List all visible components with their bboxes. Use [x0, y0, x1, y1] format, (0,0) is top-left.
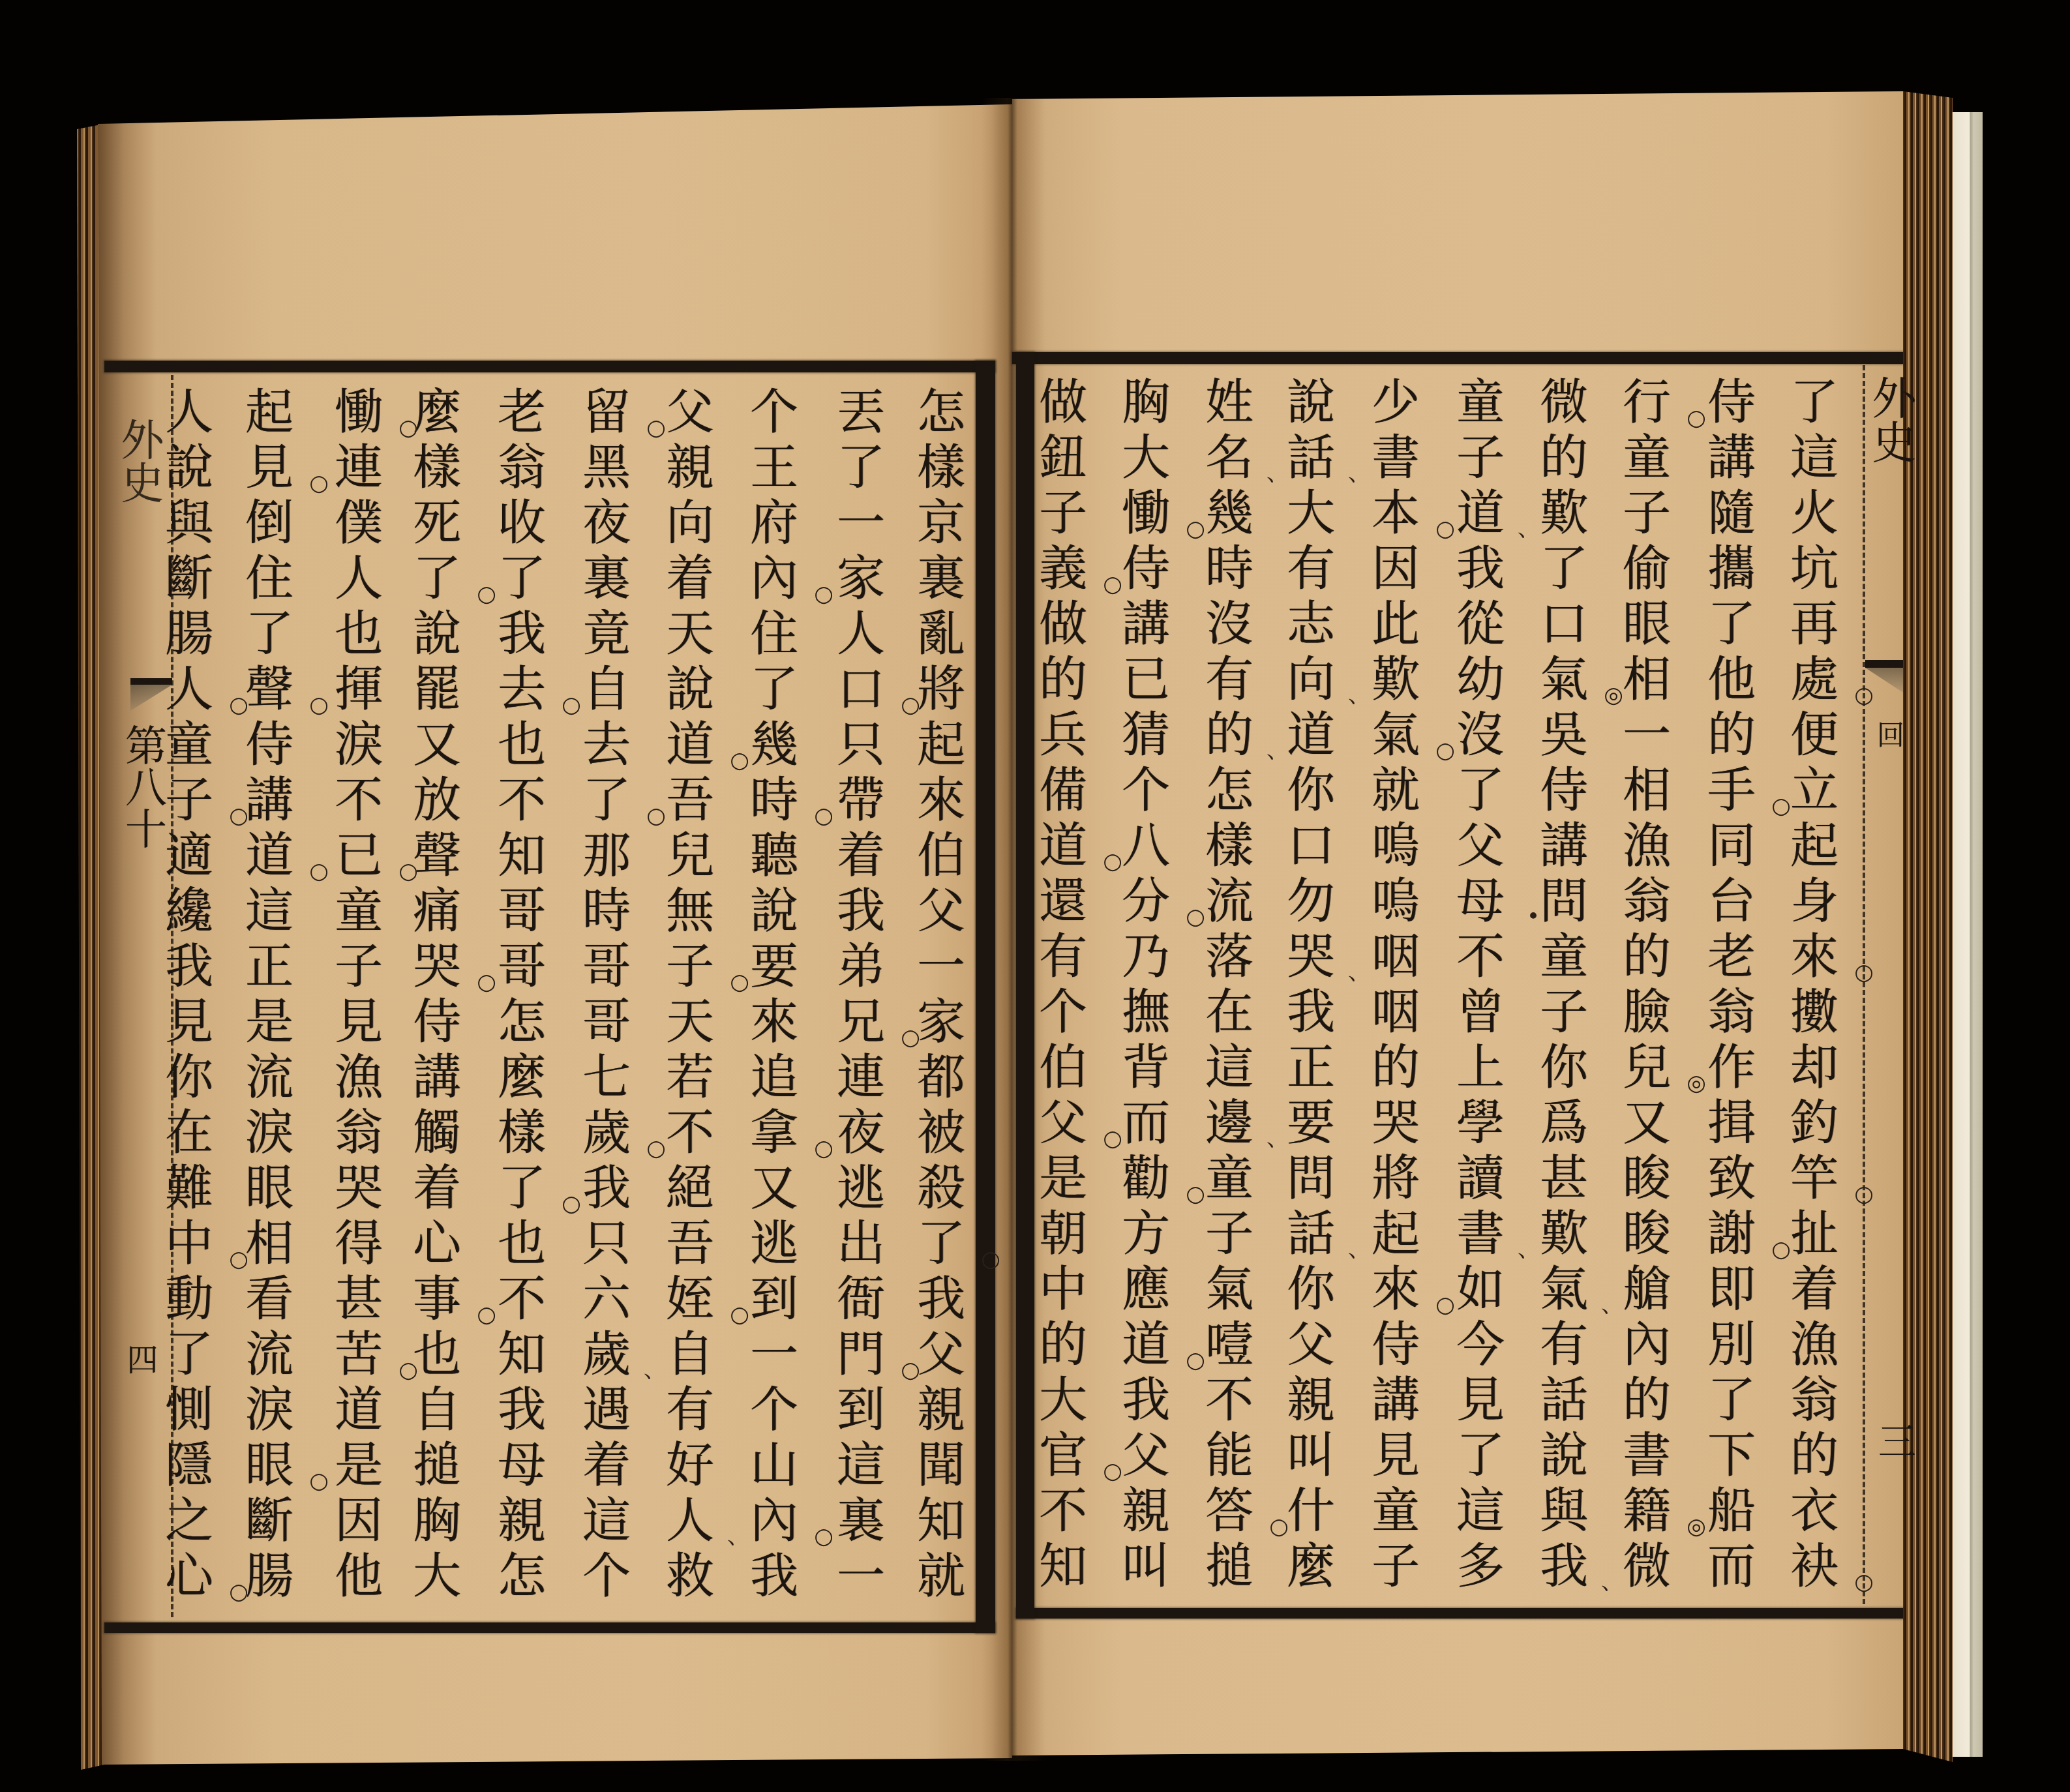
- text-character: 我: [486, 606, 558, 662]
- text-character: 你: [1275, 1262, 1347, 1317]
- text-character: 說: [153, 440, 225, 496]
- text-character: 子: [1027, 486, 1099, 541]
- text-character: 侍: [1528, 763, 1600, 818]
- text-character: 見○: [233, 440, 305, 496]
- text-character: 哭: [1360, 1096, 1432, 1151]
- text-character: 又: [738, 1161, 810, 1216]
- text-character: 翁: [1696, 985, 1767, 1040]
- text-character: 邊、: [1193, 1096, 1265, 1151]
- text-character: 有: [1275, 541, 1347, 597]
- text-character: 袂○: [1778, 1539, 1850, 1594]
- text-character: 鈕: [1027, 430, 1099, 486]
- text-character: 與: [1528, 1484, 1600, 1539]
- open-book-scan: 外史 第八十 四 外史 回 三 了這火坑再處○便立起身來○擻却釣竿○扯着漁翁的衣…: [0, 0, 2070, 1792]
- text-character: 這: [571, 1493, 642, 1549]
- text-character: 處○: [1778, 652, 1850, 708]
- punctuation-mark: ○: [1854, 684, 1874, 706]
- punctuation-mark: ○: [1269, 1516, 1289, 1538]
- text-character: 歲○: [571, 1105, 642, 1161]
- text-character: 讀: [1445, 1151, 1516, 1206]
- text-character: 遇: [571, 1382, 642, 1438]
- text-character: 的: [1027, 1317, 1099, 1373]
- text-character: 我: [486, 1382, 558, 1438]
- text-character: 來○: [1360, 1262, 1432, 1317]
- text-character: 也: [486, 1216, 558, 1272]
- text-character: 作: [1696, 1040, 1767, 1096]
- text-character: 釣: [1778, 1096, 1850, 1151]
- text-character: 說: [654, 662, 726, 717]
- text-character: 怎: [486, 1549, 558, 1604]
- text-character: 姪○: [654, 1272, 726, 1327]
- text-character: 自: [401, 1382, 473, 1438]
- punctuation-mark: ○: [229, 1581, 248, 1603]
- text-character: 个: [738, 385, 810, 440]
- text-character: 惻: [153, 1382, 225, 1438]
- text-character: 內: [1611, 1317, 1683, 1373]
- text-character: 我: [571, 1161, 642, 1216]
- text-character: 姓: [1193, 375, 1265, 430]
- punctuation-mark: ○: [562, 694, 581, 716]
- text-character: 講: [1528, 818, 1600, 874]
- text-character: 的、: [1193, 708, 1265, 763]
- text-character: 翁: [486, 440, 558, 496]
- text-character: 之: [153, 1493, 225, 1549]
- text-character: 丟: [825, 385, 897, 440]
- punctuation-mark: 、: [1348, 462, 1370, 485]
- text-character: 親: [654, 440, 726, 496]
- text-character: 住: [738, 606, 810, 662]
- text-character: 樣: [905, 440, 977, 496]
- text-character: 見: [153, 994, 225, 1050]
- text-character: 了: [738, 662, 810, 717]
- punctuation-mark: 、: [727, 1525, 749, 1547]
- text-character: 揮: [323, 662, 395, 717]
- text-character: 大: [1275, 486, 1347, 541]
- text-character: 胸: [401, 1493, 473, 1549]
- punctuation-mark: ○: [1103, 1460, 1122, 1482]
- text-character: 是: [233, 994, 305, 1050]
- text-character: 一: [738, 1327, 810, 1382]
- text-character: 只: [825, 717, 897, 773]
- punctuation-mark: ○: [1435, 1294, 1455, 1316]
- text-character: 道○: [1110, 1317, 1182, 1373]
- left-text-column-6: 老翁收了我去○也不知哥哥怎麼樣了○也不知我母親怎: [486, 385, 558, 1604]
- punctuation-mark: 、: [1518, 1238, 1540, 1261]
- text-character: 行○: [1611, 375, 1683, 430]
- text-character: 這: [825, 1438, 897, 1493]
- text-character: 臉: [1611, 985, 1683, 1040]
- text-character: 氣◎: [1528, 652, 1600, 708]
- text-character: 天: [654, 994, 726, 1050]
- punctuation-mark: ○: [814, 805, 833, 827]
- text-character: 收: [486, 496, 558, 551]
- text-character: 了: [1445, 1428, 1516, 1484]
- text-character: 哭、: [1275, 929, 1347, 985]
- right-text-column-1: 了這火坑再處○便立起身來○擻却釣竿○扯着漁翁的衣袂○: [1778, 375, 1850, 1594]
- punctuation-mark: ○: [646, 1137, 666, 1159]
- text-character: 見: [1445, 1373, 1516, 1428]
- text-character: 向、: [1275, 652, 1347, 708]
- text-character: 起: [233, 385, 305, 440]
- punctuation-mark: ○: [1186, 906, 1205, 928]
- text-character: 竟: [571, 606, 642, 662]
- text-character: 留○: [571, 385, 642, 440]
- text-character: 口: [1528, 597, 1600, 652]
- text-character: 那: [571, 828, 642, 884]
- text-character: 這: [233, 884, 305, 939]
- text-character: 裏: [905, 551, 977, 606]
- text-character: 裏: [825, 1493, 897, 1549]
- punctuation-mark: 、: [1267, 1127, 1289, 1150]
- text-character: 的: [1696, 708, 1767, 763]
- punctuation-mark: 、: [644, 1359, 666, 1381]
- text-character: 咽: [1360, 929, 1432, 985]
- text-character: 子: [1360, 1539, 1432, 1594]
- left-frame-bottom-border: [104, 1622, 995, 1633]
- text-character: 而: [1696, 1539, 1767, 1594]
- text-character: 道、: [1445, 486, 1516, 541]
- text-character: 聽: [738, 828, 810, 884]
- punctuation-mark: ○: [1103, 850, 1122, 873]
- text-character: 他: [323, 1549, 395, 1604]
- text-character: 母: [486, 1438, 558, 1493]
- text-character: 人○: [153, 662, 225, 717]
- text-character: 方: [1110, 1206, 1182, 1262]
- text-character: 絕: [654, 1161, 726, 1216]
- text-character: 搥: [1193, 1539, 1265, 1594]
- text-character: 便: [1778, 708, 1850, 763]
- text-character: 子○: [153, 773, 225, 828]
- text-character: 來: [905, 773, 977, 828]
- text-character: 胸: [1110, 375, 1182, 430]
- text-character: 殺: [905, 1161, 977, 1216]
- text-character: 口: [1275, 818, 1347, 874]
- text-character: 背: [1110, 1040, 1182, 1096]
- text-character: 了: [153, 1327, 225, 1382]
- text-character: 觸: [401, 1105, 473, 1161]
- text-character: 因: [323, 1493, 395, 1549]
- punctuation-mark: ○: [309, 472, 329, 494]
- text-character: 只: [571, 1216, 642, 1272]
- text-character: 內○: [738, 551, 810, 606]
- punctuation-mark: ○: [309, 694, 329, 716]
- right-text-column-4: 微的歎了口氣◎吳侍講問童子你爲甚歎氣、有話說與我、: [1528, 375, 1600, 1594]
- text-character: 甚: [1528, 1151, 1600, 1206]
- text-character: 說: [738, 884, 810, 939]
- text-character: 苦○: [323, 1327, 395, 1382]
- text-character: 別: [1696, 1317, 1767, 1373]
- text-character: 動: [153, 1272, 225, 1327]
- text-character: 去○: [486, 662, 558, 717]
- punctuation-mark: ○: [309, 1470, 329, 1492]
- text-character: 子: [323, 939, 395, 994]
- text-character: 了: [825, 440, 897, 496]
- text-character: 時○: [738, 773, 810, 828]
- text-character: 知: [905, 1493, 977, 1549]
- text-character: 翁: [1778, 1373, 1850, 1428]
- left-frame-top-border: [104, 361, 995, 372]
- text-character: 都: [905, 1050, 977, 1105]
- text-character: 聞: [905, 1438, 977, 1493]
- text-character: 夜: [825, 1105, 897, 1161]
- punctuation-mark: ○: [1103, 573, 1122, 595]
- text-character: 哥: [571, 994, 642, 1050]
- text-character: 話、: [1275, 1206, 1347, 1262]
- text-character: 着: [654, 551, 726, 606]
- text-character: 个: [738, 1382, 810, 1438]
- text-character: 你: [1275, 763, 1347, 818]
- text-character: 與: [153, 496, 225, 551]
- text-character: 吾: [654, 1216, 726, 1272]
- punctuation-mark: ○: [730, 749, 749, 771]
- text-character: 淚: [323, 717, 395, 773]
- text-character: 樣: [401, 440, 473, 496]
- text-character: 有: [654, 1382, 726, 1438]
- text-character: 天: [654, 606, 726, 662]
- text-character: 此: [1360, 597, 1432, 652]
- left-text-column-5: 留○黑夜裏竟自去了○那時哥哥七歲○我只六歲、遇着這个: [571, 385, 642, 1604]
- text-character: 這: [1778, 430, 1850, 486]
- text-character: 着: [401, 1161, 473, 1216]
- punctuation-mark: ○: [1854, 1183, 1874, 1205]
- text-character: 將: [1360, 1151, 1432, 1206]
- right-text-column-2: 侍講隨攜了他的手○同台老翁作揖致謝○即別了下船而: [1696, 375, 1767, 1594]
- text-character: 大: [1110, 430, 1182, 486]
- text-character: 竿○: [1778, 1151, 1850, 1206]
- punctuation-mark: ○: [646, 417, 666, 439]
- text-character: 話: [1528, 1373, 1600, 1428]
- punctuation-mark: ○: [229, 694, 248, 716]
- text-character: 落: [1193, 929, 1265, 985]
- text-character: 了○: [571, 773, 642, 828]
- punctuation-mark: 、: [1601, 1294, 1623, 1316]
- text-character: 夜: [571, 496, 642, 551]
- text-character: 了○: [401, 551, 473, 606]
- text-character: 台: [1696, 874, 1767, 929]
- punctuation-mark: 、: [1348, 961, 1370, 983]
- text-character: 做: [1027, 375, 1099, 430]
- text-character: 童: [1360, 1484, 1432, 1539]
- text-character: 腸: [153, 606, 225, 662]
- text-character: 帶: [825, 773, 897, 828]
- text-character: 說: [1528, 1428, 1600, 1484]
- text-character: 門○: [825, 1327, 897, 1382]
- text-character: 纔: [153, 884, 225, 939]
- text-character: 痛: [401, 884, 473, 939]
- left-text-column-9: 起見○倒住了聲○侍講道○這正是流淚眼相看流淚眼○斷腸: [233, 385, 305, 1604]
- text-character: 道○: [654, 717, 726, 773]
- text-character: 船: [1696, 1484, 1767, 1539]
- text-character: 流: [233, 1050, 305, 1105]
- text-character: 親: [1275, 1373, 1347, 1428]
- text-character: 從: [1445, 597, 1516, 652]
- text-character: 還: [1027, 874, 1099, 929]
- text-character: 兄○: [825, 994, 897, 1050]
- text-character: 身: [1778, 874, 1850, 929]
- text-character: 親: [486, 1493, 558, 1549]
- text-character: 侍: [1696, 375, 1767, 430]
- punctuation-mark: ○: [814, 1137, 833, 1159]
- text-character: 了: [1778, 375, 1850, 430]
- right-text-column-5: 童子道、我從幼沒了父母•不曾上學讀書、如今見了這多: [1445, 375, 1516, 1594]
- text-character: 子○: [654, 939, 726, 994]
- text-character: 道○: [1027, 818, 1099, 874]
- text-character: 了: [1445, 763, 1516, 818]
- text-character: 書: [1360, 430, 1432, 486]
- punctuation-mark: ◎: [1687, 1072, 1706, 1094]
- punctuation-mark: 、: [1348, 684, 1370, 706]
- text-character: 童: [1445, 375, 1516, 430]
- text-character: 我: [905, 1272, 977, 1327]
- text-character: 嗚: [1360, 818, 1432, 874]
- text-character: 時: [571, 884, 642, 939]
- text-character: 衙: [825, 1272, 897, 1327]
- text-character: 中○: [153, 1216, 225, 1272]
- text-character: 在: [153, 1105, 225, 1161]
- text-character: 歎: [1360, 652, 1432, 708]
- text-character: 子: [1528, 985, 1600, 1040]
- text-character: 隱: [153, 1438, 225, 1493]
- text-character: 翁: [323, 1105, 395, 1161]
- text-character: 了○: [905, 1216, 977, 1272]
- text-character: 好: [654, 1438, 726, 1493]
- text-character: 人: [153, 385, 225, 440]
- text-character: 起: [1778, 818, 1850, 874]
- text-character: 侍: [233, 717, 305, 773]
- punctuation-mark: ○: [814, 583, 833, 605]
- punctuation-mark: ○: [1854, 1571, 1874, 1593]
- text-character: 講: [1696, 430, 1767, 486]
- text-character: 義○: [1027, 541, 1099, 597]
- text-character: 斷: [153, 551, 225, 606]
- punctuation-mark: ○: [730, 971, 749, 993]
- text-character: 了: [1696, 1373, 1767, 1428]
- text-character: 追: [738, 1050, 810, 1105]
- text-character: 知: [486, 828, 558, 884]
- text-character: 今: [1445, 1317, 1516, 1373]
- text-character: 問: [1275, 1151, 1347, 1206]
- punctuation-mark: ○: [477, 971, 496, 993]
- text-character: 去: [571, 717, 642, 773]
- text-character: 謝○: [1696, 1206, 1767, 1262]
- text-character: 父○: [1027, 1096, 1099, 1151]
- text-character: 兵: [1027, 708, 1099, 763]
- text-character: 漁: [1778, 1317, 1850, 1373]
- text-character: 嗚: [1360, 874, 1432, 929]
- text-character: 兒: [654, 828, 726, 884]
- text-character: 在: [1193, 985, 1265, 1040]
- right-text-column-10: 做鈕子義○做的兵備道○還有个伯父○是朝中的大官○不知: [1027, 375, 1099, 1594]
- text-character: 人: [323, 551, 395, 606]
- text-character: 眼: [1611, 597, 1683, 652]
- text-character: 个: [571, 1549, 642, 1604]
- text-character: 已○: [323, 828, 395, 884]
- text-character: 致: [1696, 1151, 1767, 1206]
- text-character: 侍: [1360, 1317, 1432, 1373]
- text-character: 幼: [1445, 652, 1516, 708]
- text-character: 麼: [1275, 1539, 1347, 1594]
- punctuation-mark: •: [1527, 906, 1540, 928]
- punctuation-mark: ○: [730, 1304, 749, 1326]
- right-text-column-3: 行○童子偷眼相一相漁翁的臉兒◎又睃睃艙內的書籍◎微: [1611, 375, 1683, 1594]
- text-character: 到: [825, 1382, 897, 1438]
- text-character: 同: [1696, 818, 1767, 874]
- text-character: 說: [401, 606, 473, 662]
- punctuation-mark: ○: [1103, 1127, 1122, 1150]
- text-character: 是: [323, 1438, 395, 1493]
- text-character: 多: [1445, 1539, 1516, 1594]
- punctuation-mark: ○: [562, 1193, 581, 1215]
- text-character: 府: [738, 496, 810, 551]
- text-character: 親: [905, 1382, 977, 1438]
- text-character: 我: [738, 1549, 810, 1604]
- text-character: 本○: [1360, 486, 1432, 541]
- text-character: 个: [1110, 763, 1182, 818]
- text-character: 哥: [571, 939, 642, 994]
- text-character: 就: [905, 1549, 977, 1604]
- text-character: 个: [1027, 985, 1099, 1040]
- right-text-column-9: 胸大慟○侍講已猜个八分○乃撫背而勸○方應道○我父親叫: [1110, 375, 1182, 1594]
- punctuation-mark: ○: [1771, 795, 1791, 817]
- text-character: 這: [1445, 1484, 1516, 1539]
- text-character: 不: [1445, 929, 1516, 985]
- text-character: 見: [323, 994, 395, 1050]
- text-character: 乃: [1110, 929, 1182, 985]
- left-frame-right-border: [976, 361, 995, 1633]
- text-character: 睃: [1611, 1206, 1683, 1262]
- text-character: 漁: [323, 1050, 395, 1105]
- text-character: 裏: [571, 551, 642, 606]
- punctuation-mark: ◎: [1604, 684, 1623, 706]
- text-character: 道○: [233, 828, 305, 884]
- text-character: 着: [571, 1438, 642, 1493]
- text-character: 咽: [1360, 985, 1432, 1040]
- text-character: 坑: [1778, 541, 1850, 597]
- text-character: 搥: [401, 1438, 473, 1493]
- text-character: 人: [825, 606, 897, 662]
- right-frame-top-border: [1012, 352, 1903, 364]
- left-text-column-8: 慟○連僕人也揮淚不已○童子見漁翁哭得甚苦○道是因他: [323, 385, 395, 1604]
- text-character: 中: [1027, 1262, 1099, 1317]
- text-character: 書、: [1445, 1206, 1516, 1262]
- text-character: 下: [1696, 1428, 1767, 1484]
- text-character: 又: [401, 717, 473, 773]
- punctuation-mark: 、: [1348, 1238, 1370, 1261]
- text-character: 起: [905, 717, 977, 773]
- punctuation-mark: ○: [398, 860, 418, 882]
- punctuation-mark: ○: [901, 1359, 920, 1381]
- text-character: 出: [825, 1216, 897, 1272]
- text-character: 有: [1027, 929, 1099, 985]
- punctuation-mark: ○: [229, 1248, 248, 1270]
- text-character: 道: [323, 1382, 395, 1438]
- text-character: 向: [654, 496, 726, 551]
- right-margin-book-title: 外史: [1859, 375, 1922, 464]
- text-character: 我: [825, 884, 897, 939]
- text-character: 看: [233, 1272, 305, 1327]
- text-character: 相: [1611, 763, 1683, 818]
- text-character: 却: [1778, 1040, 1850, 1096]
- text-character: 你: [153, 1050, 225, 1105]
- text-character: 僕: [323, 496, 395, 551]
- text-character: 手○: [1696, 763, 1767, 818]
- text-character: 睃: [1611, 1151, 1683, 1206]
- text-character: 偷: [1611, 541, 1683, 597]
- text-character: 的: [1027, 652, 1099, 708]
- text-character: 氣○: [1360, 708, 1432, 763]
- punctuation-mark: ○: [398, 417, 418, 439]
- text-character: 連: [825, 1050, 897, 1105]
